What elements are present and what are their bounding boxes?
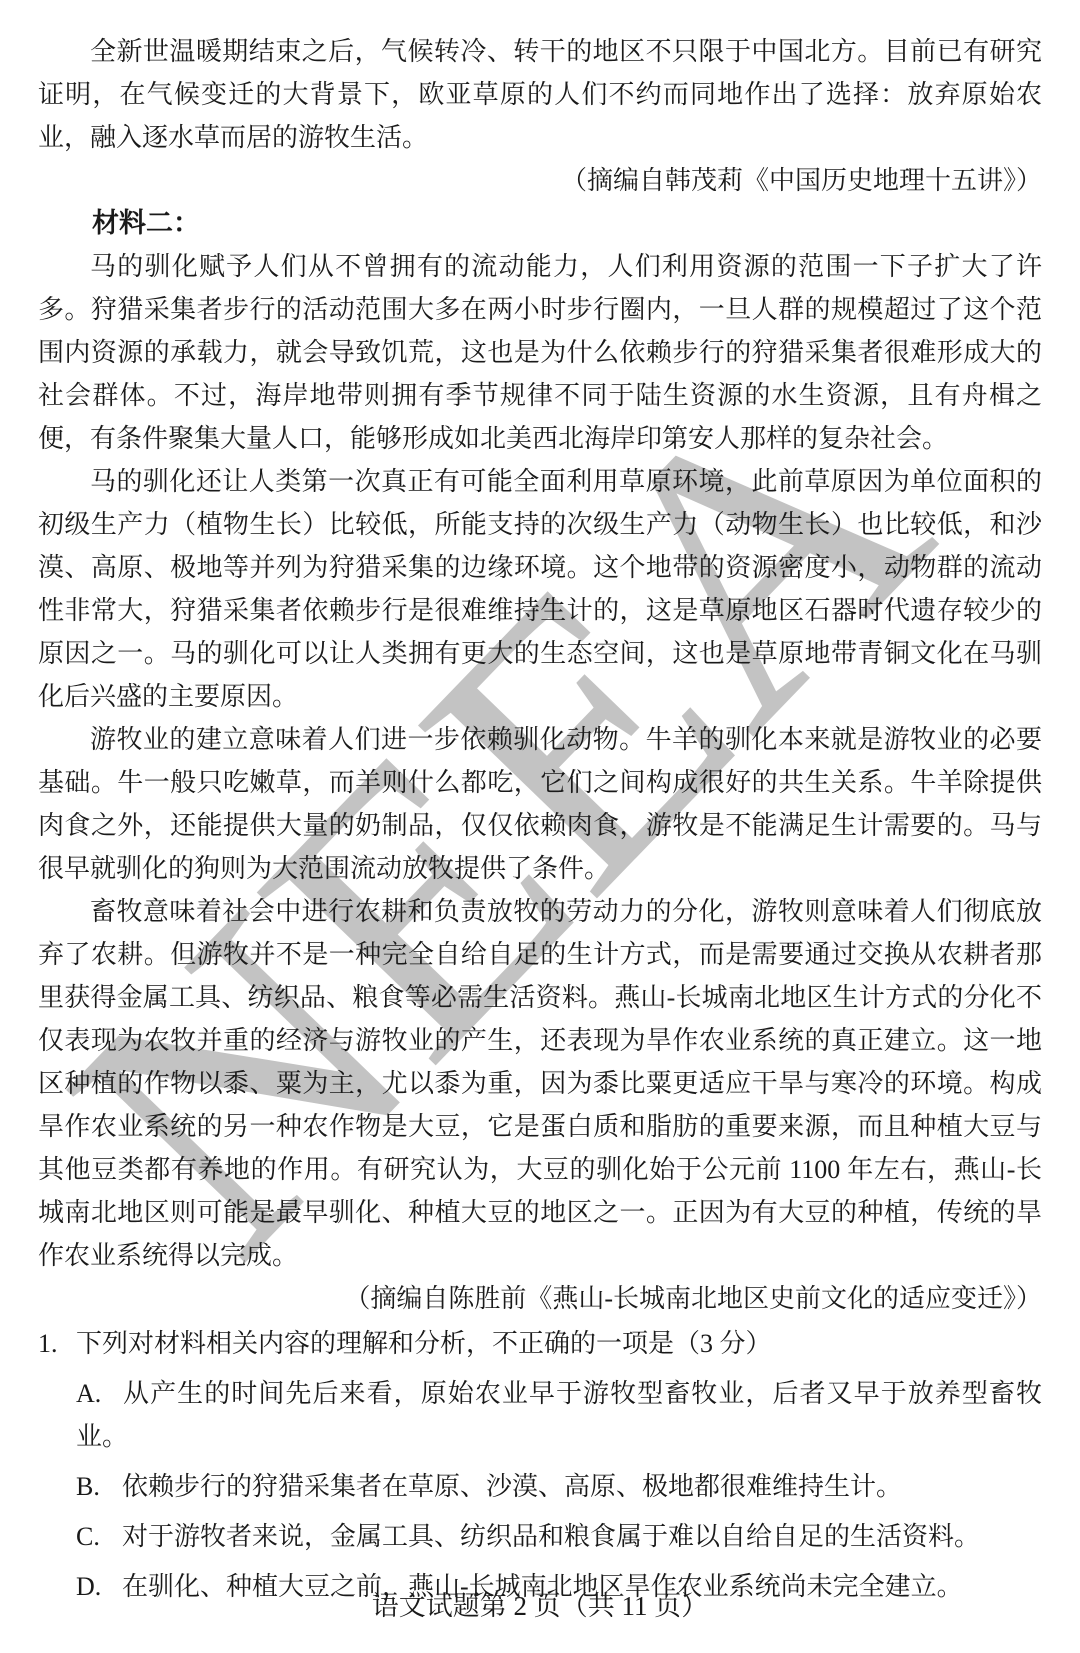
material-one-attribution: （摘编自韩茂莉《中国历史地理十五讲》） [38, 159, 1042, 202]
question-1-option-b: B.依赖步行的狩猎采集者在草原、沙漠、高原、极地都很难维持生计。 [38, 1465, 1042, 1508]
question-1-option-a: A.从产生的时间先后来看，原始农业早于游牧型畜牧业，后者又早于放养型畜牧业。 [38, 1372, 1042, 1458]
material-two-heading: 材料二： [38, 202, 1042, 245]
option-a-text: 从产生的时间先后来看，原始农业早于游牧型畜牧业，后者又早于放养型畜牧业。 [76, 1379, 1042, 1451]
option-c-text: 对于游牧者来说，金属工具、纺织品和粮食属于难以自给自足的生活资料。 [122, 1522, 980, 1551]
option-b-text: 依赖步行的狩猎采集者在草原、沙漠、高原、极地都很难维持生计。 [122, 1472, 902, 1501]
option-b-label: B. [76, 1465, 122, 1508]
material-two-paragraph-3: 游牧业的建立意味着人们进一步依赖驯化动物。牛羊的驯化本来就是游牧业的必要基础。牛… [38, 718, 1042, 890]
option-a-label: A. [76, 1372, 122, 1415]
material-two-paragraph-4: 畜牧意味着社会中进行农耕和负责放牧的劳动力的分化，游牧则意味着人们彻底放弃了农耕… [38, 890, 1042, 1277]
question-1-option-c: C.对于游牧者来说，金属工具、纺织品和粮食属于难以自给自足的生活资料。 [38, 1515, 1042, 1558]
exam-page: { "colors": { "background": "#ffffff", "… [0, 0, 1080, 1653]
question-1-number: 1. [38, 1322, 76, 1365]
material-two-paragraph-2: 马的驯化还让人类第一次真正有可能全面利用草原环境，此前草原因为单位面积的初级生产… [38, 460, 1042, 718]
material-one-closing-paragraph: 全新世温暖期结束之后，气候转冷、转干的地区不只限于中国北方。目前已有研究证明，在… [38, 30, 1042, 159]
material-two-paragraph-1: 马的驯化赋予人们从不曾拥有的流动能力，人们利用资源的范围一下子扩大了许多。狩猎采… [38, 245, 1042, 460]
page-body: 全新世温暖期结束之后，气候转冷、转干的地区不只限于中国北方。目前已有研究证明，在… [38, 30, 1042, 1608]
question-1-stem-text: 下列对材料相关内容的理解和分析，不正确的一项是（3 分） [76, 1329, 772, 1358]
option-c-label: C. [76, 1515, 122, 1558]
page-footer: 语文试题第 2 页（共 11 页） [0, 1584, 1080, 1623]
question-1-stem: 1.下列对材料相关内容的理解和分析，不正确的一项是（3 分） [38, 1322, 1042, 1365]
material-two-attribution: （摘编自陈胜前《燕山-长城南北地区史前文化的适应变迁》） [38, 1277, 1042, 1320]
